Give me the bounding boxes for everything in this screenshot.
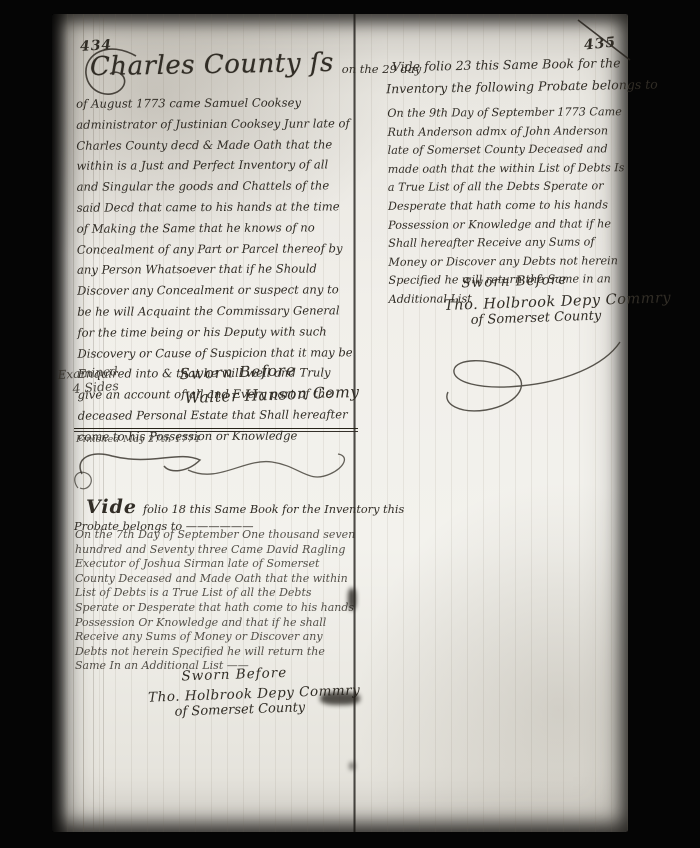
sworn-block-holbrook-right: Sworn Before Tho. Holbrook Depy Commry o… — [443, 268, 672, 329]
debts-oath-paragraph-left: On the 7th Day of September One thousand… — [75, 528, 357, 674]
section-flourish-icon — [68, 444, 360, 496]
section-divider-rule — [74, 428, 358, 432]
binding-shadow — [52, 14, 68, 832]
examined-margin-note: Examined 4 Sides — [57, 364, 119, 397]
ink-speck — [349, 762, 355, 770]
book-scan: 434 Charles County ſs on the 29 day of A… — [52, 14, 628, 832]
right-page-number: 435 — [583, 34, 617, 53]
county-heading: Charles County ſs — [90, 48, 334, 82]
ink-blot — [348, 588, 356, 610]
vide-right-line2: Inventory the following Probate belongs … — [386, 74, 642, 100]
finished-date-note: Finished May 27th 1774 — [76, 434, 200, 445]
signature-flourish-icon — [424, 332, 634, 422]
ink-stamp-smudge — [320, 692, 360, 705]
vide-reference-text: folio 18 this Same Book for the Inventor… — [143, 503, 404, 516]
vide-reference-right: Vide folio 23 this Same Book for the Inv… — [392, 52, 643, 100]
sworn-block-hanson: Sworn Before Walter Hanson Comy — [179, 359, 359, 407]
left-page-heading: Charles County ſs on the 29 day — [90, 50, 358, 80]
vide-word: Vide — [86, 496, 137, 518]
